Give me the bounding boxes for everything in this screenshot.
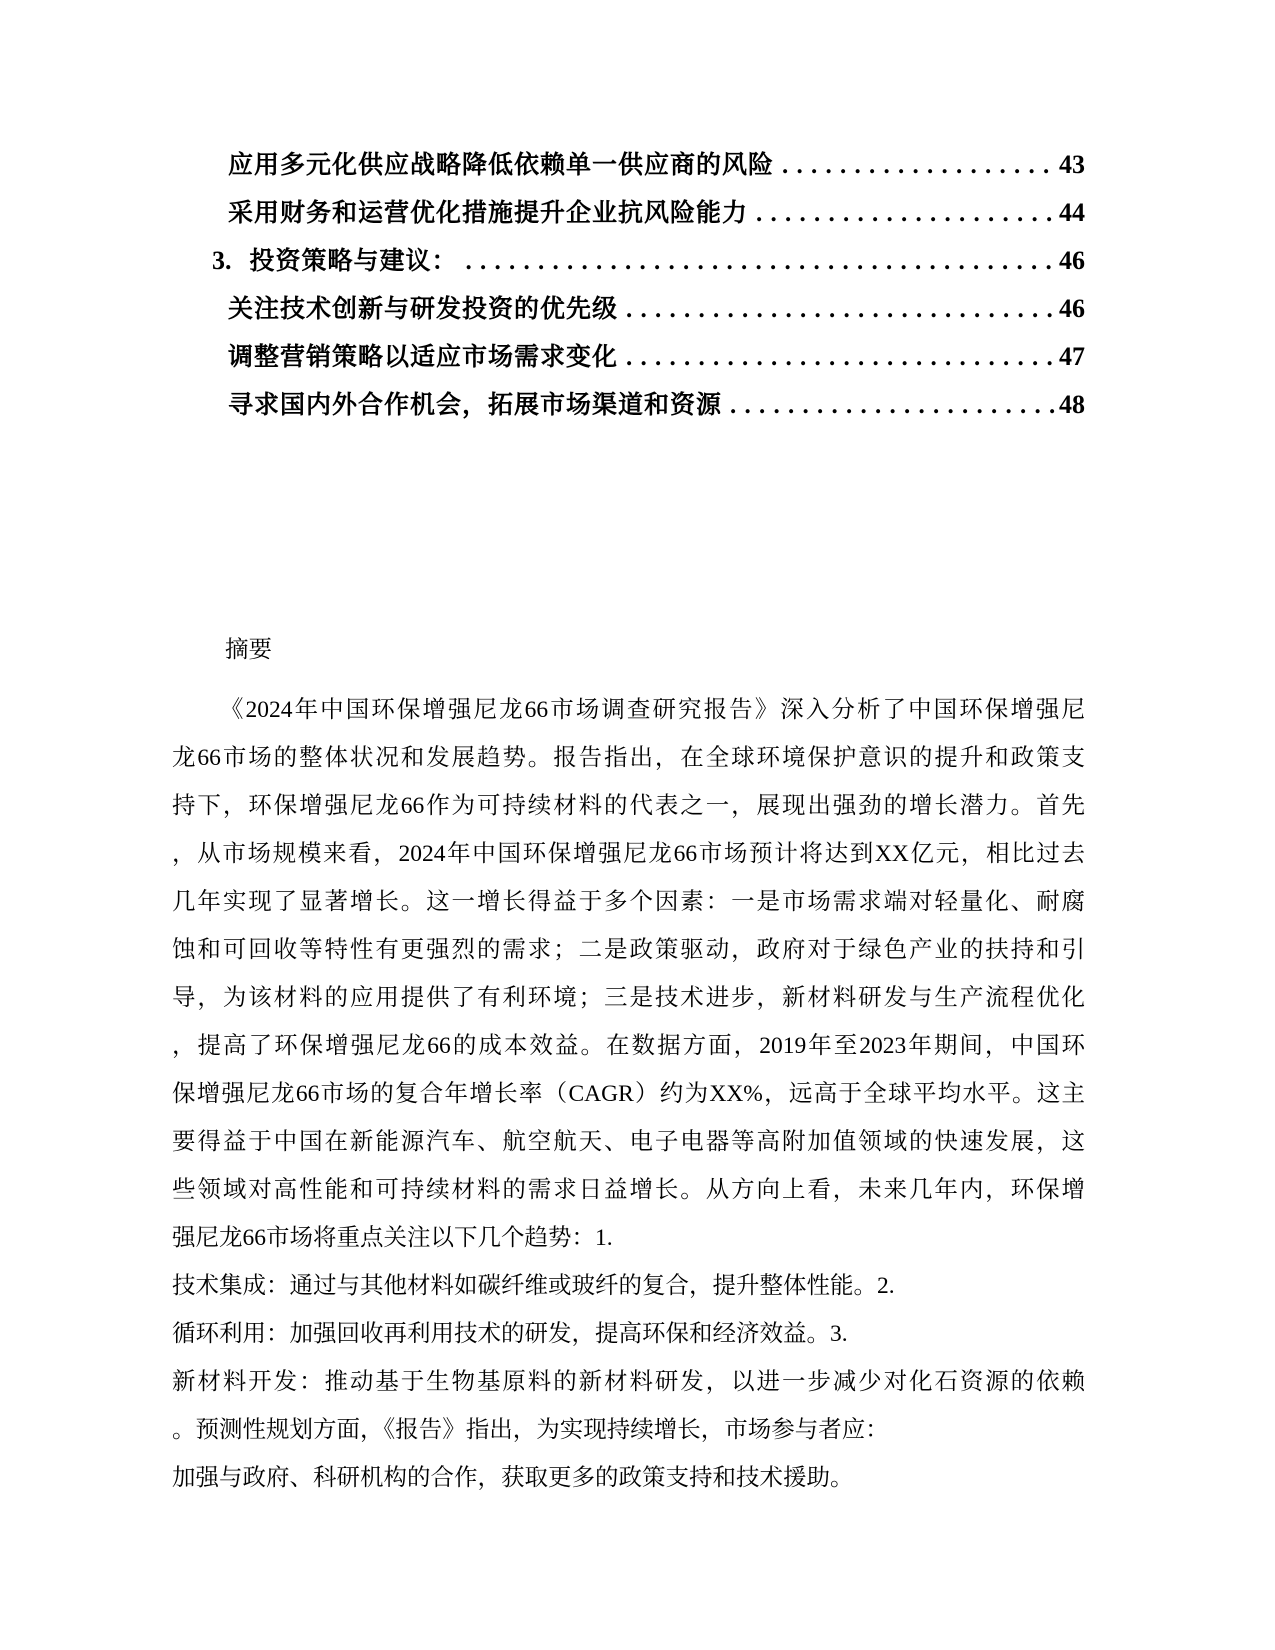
toc-entry-label: 调整营销策略以适应市场需求变化 [228, 333, 618, 381]
toc-dot-leader [756, 190, 1056, 238]
abstract-heading: 摘要 [172, 626, 1085, 674]
abstract-line: 《2024年中国环保增强尼龙66市场调查研究报告》深入分析了中国环保增强尼 [172, 686, 1085, 734]
abstract-line: 些领域对高性能和可持续材料的需求日益增长。从方向上看，未来几年内，环保增 [172, 1166, 1085, 1214]
abstract-line: ，提高了环保增强尼龙66的成本效益。在数据方面，2019年至2023年期间，中国… [172, 1022, 1085, 1070]
toc-page-number: 43 [1059, 141, 1085, 189]
abstract-line: 循环利用：加强回收再利用技术的研发，提高环保和经济效益。3. [172, 1310, 1085, 1358]
toc-entry-label: 应用多元化供应战略降低依赖单一供应商的风险 [228, 141, 774, 189]
abstract-line: 新材料开发：推动基于生物基原料的新材料研发，以进一步减少对化石资源的依赖 [172, 1358, 1085, 1406]
toc-dot-leader [626, 286, 1056, 334]
section-gap [172, 429, 1085, 626]
abstract-line: ，从市场规模来看，2024年中国环保增强尼龙66市场预计将达到XX亿元，相比过去 [172, 830, 1085, 878]
toc-page-number: 48 [1059, 381, 1085, 429]
abstract-line: 持下，环保增强尼龙66作为可持续材料的代表之一，展现出强劲的增长潜力。首先 [172, 782, 1085, 830]
abstract-line: 要得益于中国在新能源汽车、航空航天、电子电器等高附加值领域的快速发展，这 [172, 1118, 1085, 1166]
abstract-line: 几年实现了显著增长。这一增长得益于多个因素：一是市场需求端对轻量化、耐腐 [172, 878, 1085, 926]
toc-page-number: 47 [1059, 333, 1085, 381]
toc-entry-number: 3. [212, 237, 232, 285]
abstract-line: 保增强尼龙66市场的复合年增长率（CAGR）约为XX%，远高于全球平均水平。这主 [172, 1070, 1085, 1118]
toc-dot-leader [466, 238, 1056, 286]
abstract-line: 强尼龙66市场将重点关注以下几个趋势：1. [172, 1214, 1085, 1262]
toc-entry-label: 投资策略与建议： [250, 237, 458, 285]
abstract-body: 《2024年中国环保增强尼龙66市场调查研究报告》深入分析了中国环保增强尼龙66… [172, 686, 1085, 1502]
abstract-line: 蚀和可回收等特性有更强烈的需求；二是政策驱动，政府对于绿色产业的扶持和引 [172, 926, 1085, 974]
toc-page-number: 46 [1059, 285, 1085, 333]
abstract-line: 导，为该材料的应用提供了有利环境；三是技术进步，新材料研发与生产流程优化 [172, 974, 1085, 1022]
toc-entry-label: 寻求国内外合作机会，拓展市场渠道和资源 [228, 381, 722, 429]
toc-entry[interactable]: 寻求国内外合作机会，拓展市场渠道和资源 48 [172, 381, 1085, 429]
document-page: 应用多元化供应战略降低依赖单一供应商的风险 43 采用财务和运营优化措施提升企业… [0, 0, 1275, 1650]
toc-dot-leader [626, 334, 1056, 382]
toc-entry-label: 采用财务和运营优化措施提升企业抗风险能力 [228, 189, 748, 237]
toc-dot-leader [730, 382, 1056, 430]
toc-page-number: 44 [1059, 189, 1085, 237]
abstract-section: 摘要 《2024年中国环保增强尼龙66市场调查研究报告》深入分析了中国环保增强尼… [172, 626, 1085, 1502]
abstract-line: 技术集成：通过与其他材料如碳纤维或玻纤的复合，提升整体性能。2. [172, 1262, 1085, 1310]
toc-entry[interactable]: 关注技术创新与研发投资的优先级 46 [172, 285, 1085, 333]
toc-page-number: 46 [1059, 237, 1085, 285]
table-of-contents: 应用多元化供应战略降低依赖单一供应商的风险 43 采用财务和运营优化措施提升企业… [172, 141, 1085, 429]
toc-dot-leader [782, 142, 1056, 190]
abstract-line: 。预测性规划方面，《报告》指出，为实现持续增长，市场参与者应： [172, 1406, 1085, 1454]
toc-entry[interactable]: 应用多元化供应战略降低依赖单一供应商的风险 43 [172, 141, 1085, 189]
toc-entry[interactable]: 调整营销策略以适应市场需求变化 47 [172, 333, 1085, 381]
abstract-line: 加强与政府、科研机构的合作，获取更多的政策支持和技术援助。 [172, 1454, 1085, 1502]
toc-entry-label: 关注技术创新与研发投资的优先级 [228, 285, 618, 333]
abstract-line: 龙66市场的整体状况和发展趋势。报告指出，在全球环境保护意识的提升和政策支 [172, 734, 1085, 782]
toc-entry[interactable]: 3. 投资策略与建议： 46 [172, 237, 1085, 285]
toc-entry[interactable]: 采用财务和运营优化措施提升企业抗风险能力 44 [172, 189, 1085, 237]
